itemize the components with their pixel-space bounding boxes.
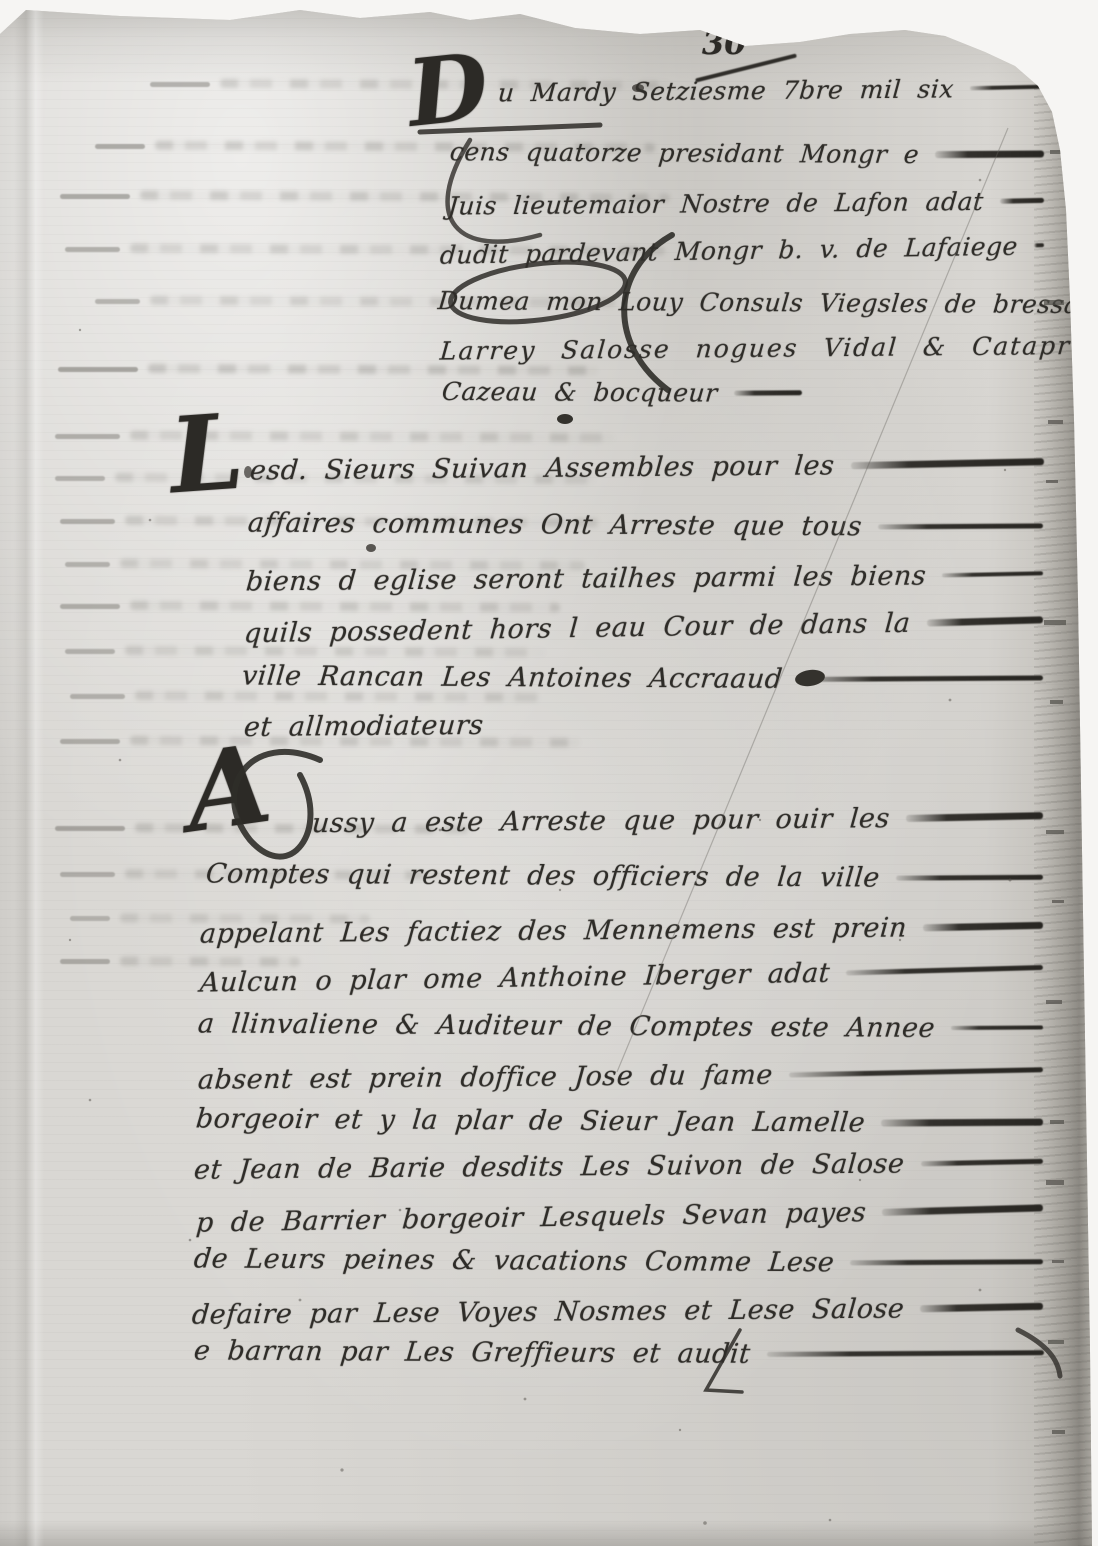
- text-line: u Mardy Setziesme 7bre mil six: [498, 68, 1044, 113]
- line-filler-dash: [920, 1158, 1043, 1166]
- line-filler-dash: [1034, 243, 1044, 247]
- line-filler-dash: [926, 616, 1043, 626]
- scanned-manuscript-page: 30 D L A u Mardy Setziesme 7bre mil six …: [0, 0, 1098, 1546]
- text-line: ville Rancan Les Antoines Accraaud: [242, 656, 1043, 701]
- line-filler-dash: [935, 150, 1044, 158]
- line-filler-dash: [846, 964, 1043, 974]
- line-filler-dash: [734, 390, 802, 395]
- text-line: esd. Sieurs Suivan Assembles pour les: [250, 444, 1043, 491]
- paper-sheet: 30 D L A u Mardy Setziesme 7bre mil six …: [0, 0, 1098, 1546]
- text-line: defaire par Lese Voyes Nosmes et Lese Sa…: [192, 1287, 1043, 1334]
- text-line: ussy a este Arreste que pour ouir les: [312, 797, 1043, 843]
- line-filler-dash: [878, 523, 1043, 529]
- line-filler-dash: [906, 812, 1043, 822]
- text-line: cens quatorze presidant Mongr e: [450, 131, 1044, 175]
- text-line: appelant Les factiez des Mennemens est p…: [200, 906, 1043, 953]
- line-filler-dash: [951, 1025, 1043, 1030]
- text-line: de Leurs peines & vacations Comme Lese: [194, 1238, 1043, 1283]
- line-filler-dash: [942, 571, 1043, 577]
- text-line: Juis lieutemaior Nostre de Lafon adat: [448, 180, 1044, 225]
- text-line: Larrey Salosse nogues Vidal & Catapr: [440, 325, 1040, 370]
- text-line: et allmodiateurs: [244, 705, 484, 747]
- line-filler-dash: [799, 675, 1043, 681]
- text-line: borgeoir et y la plar de Sieur Jean Lame…: [196, 1098, 1043, 1143]
- line-filler-dash: [970, 85, 1044, 91]
- text-line: Dumea mon Louy Consuls Viegsles de bress…: [438, 280, 1044, 324]
- line-filler-dash: [1000, 197, 1044, 203]
- line-filler-dash: [920, 1302, 1043, 1312]
- text-line: et Jean de Barie desdits Les Suivon de S…: [194, 1142, 1043, 1189]
- page-number: 30: [702, 24, 747, 62]
- text-line: absent est prein doffice Jose du fame: [198, 1052, 1043, 1099]
- text-line: e barran par Les Greffieurs et audit: [194, 1330, 1043, 1375]
- bleed-through-line: [55, 430, 615, 442]
- line-filler-dash: [882, 1204, 1043, 1215]
- line-filler-dash: [766, 1350, 1043, 1357]
- line-filler-dash: [789, 1067, 1043, 1077]
- line-filler-dash: [923, 921, 1043, 931]
- line-filler-dash: [896, 874, 1043, 880]
- initial-letter-L: L: [166, 390, 248, 518]
- text-line: biens d eglise seront tailhes parmi les …: [246, 555, 1043, 602]
- text-line: a llinvaliene & Auditeur de Comptes este…: [198, 1003, 1043, 1048]
- text-line: affaires communes Ont Arreste que tous: [248, 503, 1043, 548]
- line-filler-dash: [850, 458, 1043, 469]
- text-line: Comptes qui restent des officiers de la …: [206, 853, 1043, 898]
- line-filler-dash: [850, 1259, 1043, 1265]
- text-line: Cazeau & bocqueur: [442, 371, 802, 413]
- line-filler-dash: [881, 1118, 1043, 1126]
